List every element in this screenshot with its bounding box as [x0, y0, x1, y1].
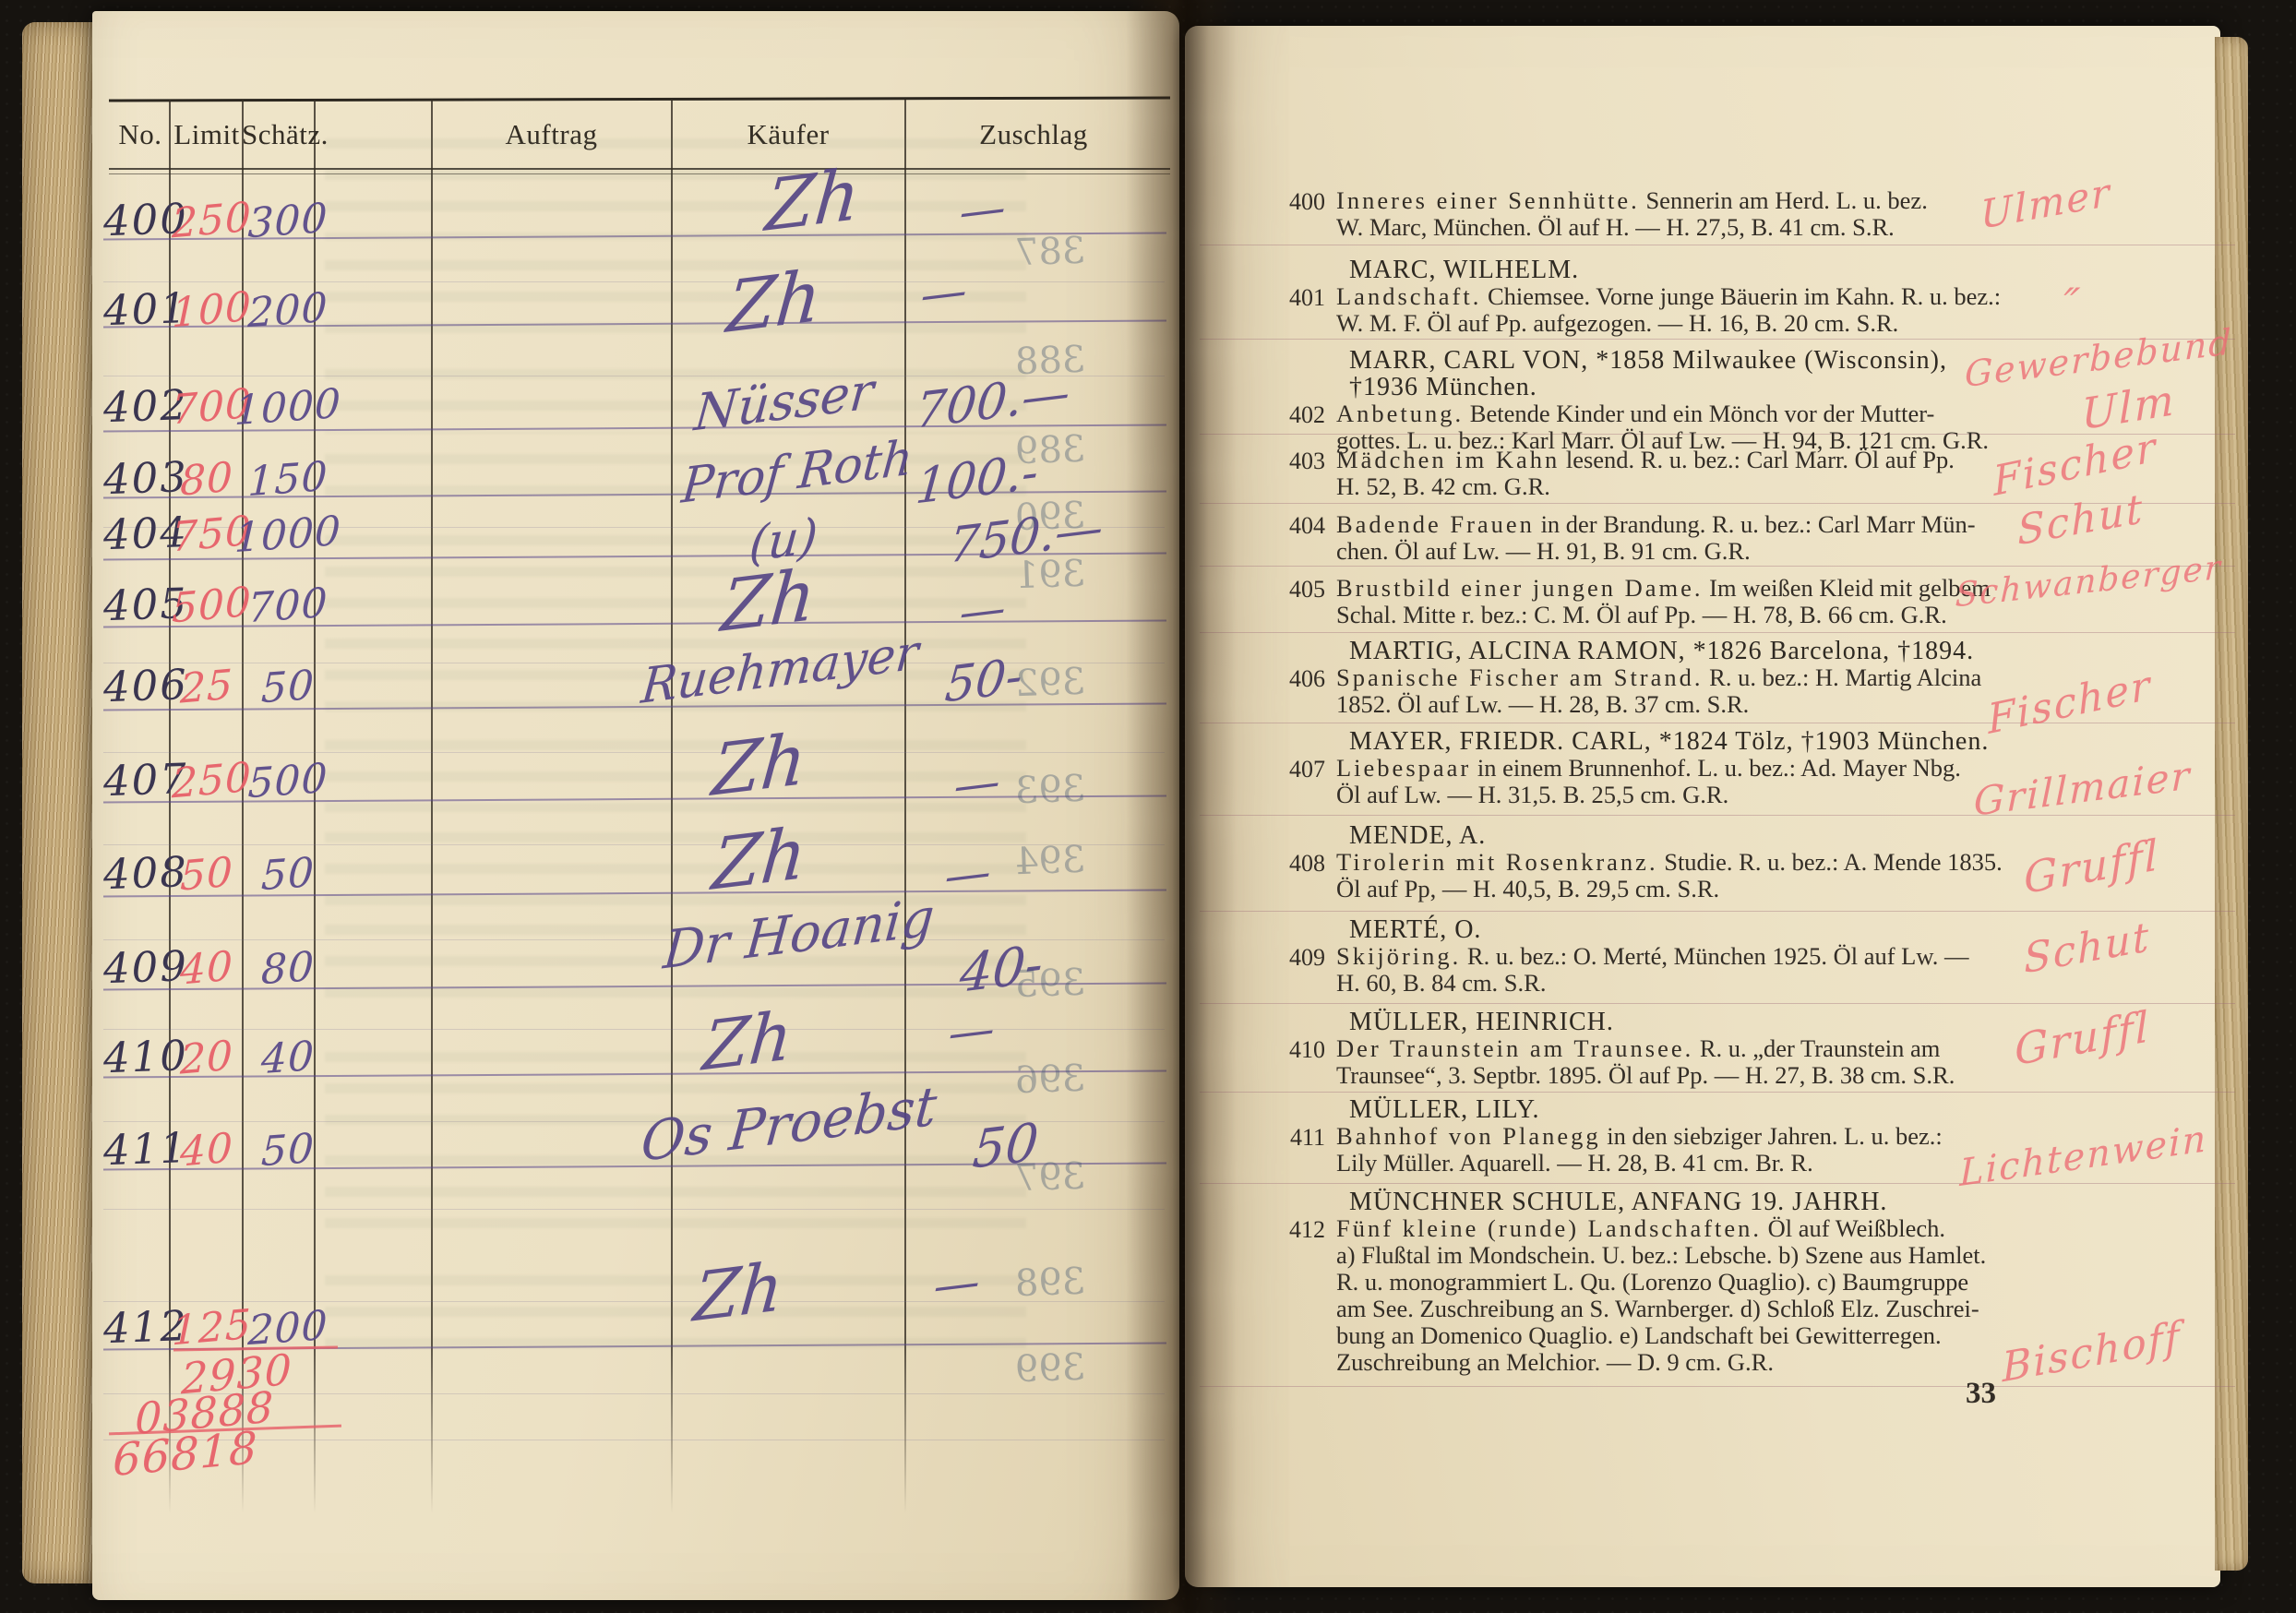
book-page-stack-edge: [22, 22, 103, 1583]
bleedthrough-text: [325, 1275, 1026, 1356]
entry-line: Öl auf Lw. — H. 31,5. B. 25,5 cm. G.R.: [1336, 782, 2012, 808]
entry-line: Lily Müller. Aquarell. — H. 28, B. 41 cm…: [1336, 1150, 2012, 1177]
catalog-entry: MARC, WILHELM.401Landschaft. Chiemsee. V…: [1274, 257, 2012, 337]
lot-number-value: 408: [102, 848, 169, 899]
schaetz-value: 50: [232, 847, 343, 902]
artist-heading: MÜNCHNER SCHULE, ANFANG 19. JAHRH.: [1349, 1189, 2012, 1215]
artist-heading: MARC, WILHELM.: [1349, 257, 2012, 283]
entry-line: 1852. Öl auf Lw. — H. 28, B. 37 cm. S.R.: [1336, 691, 2012, 718]
entry-title: Landschaft.: [1336, 282, 1481, 310]
catalog-entry: MÜLLER, LILY.411Bahnhof von Planegg in d…: [1274, 1096, 2012, 1177]
entry-lot-number: 410: [1274, 1036, 1325, 1064]
column-header-schtz: Schätz.: [242, 118, 317, 157]
bleedthrough-text: [325, 740, 1026, 812]
entry-separator-rule: [1200, 245, 2235, 245]
entry-title: Inneres einer Sennhütte.: [1336, 186, 1640, 214]
entry-body: 407Liebespaar in einem Brunnenhof. L. u.…: [1336, 755, 2012, 808]
entry-lot-number: 401: [1274, 284, 1325, 312]
entry-lot-number: 406: [1274, 665, 1325, 693]
lot-number-value: 402: [102, 381, 169, 432]
lot-number-value: 400: [102, 195, 169, 245]
entry-lot-number: 411: [1274, 1124, 1325, 1152]
entry-title: Fünf kleine (runde) Landschaften.: [1336, 1214, 1762, 1242]
entry-lot-number: 400: [1274, 188, 1325, 216]
catalog-entry: MENDE, A.408Tirolerin mit Rosenkranz. St…: [1274, 822, 2012, 902]
lot-number-value: 410: [102, 1032, 169, 1082]
bleedthrough-number: 389: [1014, 428, 1086, 473]
entry-line: H. 60, B. 84 cm. S.R.: [1336, 970, 2012, 997]
artist-heading: MÜLLER, LILY.: [1349, 1096, 2012, 1123]
bleedthrough-number: 399: [1014, 1346, 1086, 1392]
kaeufer-value: Zh: [691, 1247, 786, 1336]
entry-line: Brustbild einer jungen Dame. Im weißen K…: [1336, 575, 2012, 602]
entry-line: Landschaft. Chiemsee. Vorne junge Bäueri…: [1336, 283, 2012, 310]
artist-heading: MAYER, FRIEDR. CARL, *1824 Tölz, †1903 M…: [1349, 728, 2012, 755]
entry-lot-number: 408: [1274, 850, 1325, 878]
kaeufer-value: Zh: [709, 811, 809, 906]
catalog-entry: MARR, CARL VON, *1858 Milwaukee (Wiscons…: [1274, 347, 2012, 454]
lot-number-value: 406: [102, 661, 169, 711]
kaeufer-value: Zh: [700, 996, 795, 1085]
entry-separator-rule: [1200, 815, 2235, 816]
entry-body: 403Mädchen im Kahn lesend. R. u. bez.: C…: [1336, 447, 2012, 500]
bleedthrough-number: 393: [1014, 768, 1086, 813]
entry-title: Brustbild einer jungen Dame.: [1336, 574, 1704, 602]
entry-line: W. M. F. Öl auf Pp. aufgezogen. — H. 16,…: [1336, 310, 2012, 337]
catalog-entry: MÜLLER, HEINRICH.410Der Traunstein am Tr…: [1274, 1009, 2012, 1089]
catalog-entry: 400Inneres einer Sennhütte. Sennerin am …: [1274, 187, 2012, 241]
schaetz-value: 500: [232, 754, 343, 809]
entry-lot-number: 403: [1274, 448, 1325, 475]
entry-line: chen. Öl auf Lw. — H. 91, B. 91 cm. G.R.: [1336, 538, 2012, 565]
entry-line: Öl auf Pp, — H. 40,5, B. 29,5 cm. S.R.: [1336, 876, 2012, 902]
faint-ruling-line: [103, 1440, 1165, 1440]
entry-title: Der Traunstein am Traunsee.: [1336, 1034, 1693, 1062]
entry-line: Traunsee“, 3. Septbr. 1895. Öl auf Pp. —…: [1336, 1062, 2012, 1089]
catalog-entry: MÜNCHNER SCHULE, ANFANG 19. JAHRH.412Fün…: [1274, 1189, 2012, 1376]
entry-line: Spanische Fischer am Strand. R. u. bez.:…: [1336, 664, 2012, 691]
catalog-entry: MERTÉ, O.409Skijöring. R. u. bez.: O. Me…: [1274, 916, 2012, 997]
entry-separator-rule: [1200, 1183, 2235, 1184]
zuschlag-value: —: [958, 179, 1009, 239]
entry-line: Zuschreibung an Melchior. — D. 9 cm. G.R…: [1336, 1349, 2012, 1376]
entry-separator-rule: [1200, 911, 2235, 912]
entry-lot-number: 405: [1274, 576, 1325, 603]
kaeufer-value: Zh: [718, 553, 819, 648]
schaetz-value: 80: [232, 941, 343, 997]
entry-line: Mädchen im Kahn lesend. R. u. bez.: Carl…: [1336, 447, 2012, 473]
schaetz-value: 40: [232, 1031, 343, 1086]
kaeufer-value: Zh: [723, 254, 824, 349]
schaetz-value: 200: [232, 283, 343, 339]
entry-line: Liebespaar in einem Brunnenhof. L. u. be…: [1336, 755, 2012, 782]
bleedthrough-number: 394: [1014, 839, 1086, 884]
bleedthrough-number: 391: [1014, 553, 1086, 598]
column-header-no: No.: [111, 118, 170, 157]
catalog-entry: 405Brustbild einer jungen Dame. Im weiße…: [1274, 575, 2012, 628]
entry-body: 410Der Traunstein am Traunsee. R. u. „de…: [1336, 1035, 2012, 1089]
entry-body: 400Inneres einer Sennhütte. Sennerin am …: [1336, 187, 2012, 241]
faint-ruling-line: [103, 1029, 1165, 1030]
artist-heading: MARTIG, ALCINA RAMON, *1826 Barcelona, †…: [1349, 638, 2012, 664]
lot-number-value: 412: [102, 1302, 169, 1353]
artist-heading: MENDE, A.: [1349, 822, 2012, 849]
schaetz-value: 700: [232, 579, 343, 634]
entry-title: Mädchen im Kahn: [1336, 446, 1560, 473]
entry-separator-rule: [1200, 1386, 2235, 1387]
entry-title: Anbetung.: [1336, 400, 1464, 427]
bleedthrough-number: 388: [1014, 339, 1086, 384]
entry-body: 408Tirolerin mit Rosenkranz. Studie. R. …: [1336, 849, 2012, 902]
entry-separator-rule: [1200, 1092, 2235, 1093]
entry-lot-number: 409: [1274, 944, 1325, 972]
entry-body: 401Landschaft. Chiemsee. Vorne junge Bäu…: [1336, 283, 2012, 337]
schaetz-value: 150: [232, 452, 343, 508]
entry-body: 405Brustbild einer jungen Dame. Im weiße…: [1336, 575, 2012, 628]
lot-number-value: 404: [102, 508, 169, 559]
page-number: 33: [1966, 1377, 2039, 1411]
entry-line: Badende Frauen in der Brandung. R. u. be…: [1336, 511, 2012, 538]
zuschlag-value: —: [943, 843, 994, 903]
entry-line: Schal. Mitte r. bez.: C. M. Öl auf Pp. —…: [1336, 602, 2012, 628]
bleedthrough-number: 390: [1014, 495, 1086, 540]
artist-heading: MARR, CARL VON, *1858 Milwaukee (Wiscons…: [1349, 347, 2012, 400]
scanned-auction-catalog: No.LimitSchätz.AuftragKäuferZuschlag4002…: [0, 0, 2296, 1613]
entry-body: 412Fünf kleine (runde) Landschaften. Öl …: [1336, 1215, 2012, 1376]
artist-heading: MÜLLER, HEINRICH.: [1349, 1009, 2012, 1035]
lot-number-value: 409: [102, 942, 169, 993]
schaetz-value: 50: [232, 1123, 343, 1178]
bleedthrough-text: [325, 535, 1026, 609]
artist-heading: MERTÉ, O.: [1349, 916, 2012, 943]
page-deckle-edge: [2215, 37, 2248, 1571]
entry-line: R. u. monogrammiert L. Qu. (Lorenzo Quag…: [1336, 1269, 2012, 1296]
entry-body: 411Bahnhof von Planegg in den siebziger …: [1336, 1123, 2012, 1177]
entry-separator-rule: [1200, 632, 2235, 633]
lot-number-value: 407: [102, 755, 169, 806]
entry-line: Der Traunstein am Traunsee. R. u. „der T…: [1336, 1035, 2012, 1062]
lot-number-value: 403: [102, 453, 169, 504]
zuschlag-value: —: [947, 1000, 998, 1060]
entry-line: Bahnhof von Planegg in den siebziger Jah…: [1336, 1123, 2012, 1150]
entry-lot-number: 407: [1274, 756, 1325, 783]
zuschlag-value: —: [919, 262, 970, 322]
column-header-limit: Limit: [172, 118, 242, 157]
entry-lot-number: 412: [1274, 1216, 1325, 1244]
catalog-entry: MAYER, FRIEDR. CARL, *1824 Tölz, †1903 M…: [1274, 728, 2012, 808]
entry-body: 404Badende Frauen in der Brandung. R. u.…: [1336, 511, 2012, 565]
entry-body: 406Spanische Fischer am Strand. R. u. be…: [1336, 664, 2012, 718]
kaeufer-value: Zh: [709, 717, 809, 812]
bleedthrough-number: 392: [1014, 661, 1086, 706]
lot-number-value: 405: [102, 579, 169, 630]
entry-lot-number: 404: [1274, 512, 1325, 540]
zuschlag-value: —: [958, 579, 1009, 639]
entry-line: Inneres einer Sennhütte. Sennerin am Her…: [1336, 187, 2012, 214]
entry-line: Anbetung. Betende Kinder und ein Mönch v…: [1336, 400, 2012, 427]
entry-title: Bahnhof von Planegg: [1336, 1122, 1601, 1150]
entry-line: a) Flußtal im Mondschein. U. bez.: Lebsc…: [1336, 1242, 2012, 1269]
entry-title: Spanische Fischer am Strand.: [1336, 663, 1704, 691]
kaeufer-value: Zh: [762, 152, 863, 247]
catalog-entry: MARTIG, ALCINA RAMON, *1826 Barcelona, †…: [1274, 638, 2012, 718]
catalog-entry: 404Badende Frauen in der Brandung. R. u.…: [1274, 511, 2012, 565]
catalog-entry: 403Mädchen im Kahn lesend. R. u. bez.: C…: [1274, 447, 2012, 500]
lot-number-value: 411: [102, 1124, 169, 1175]
entry-separator-rule: [1200, 1003, 2235, 1004]
entry-line: Tirolerin mit Rosenkranz. Studie. R. u. …: [1336, 849, 2012, 876]
zuschlag-value: —: [932, 1253, 983, 1313]
entry-body: 409Skijöring. R. u. bez.: O. Merté, Münc…: [1336, 943, 2012, 997]
bleedthrough-number: 396: [1014, 1057, 1086, 1103]
zuschlag-value: 50-: [943, 648, 1024, 713]
schaetz-value: 50: [232, 660, 343, 715]
bleedthrough-number: 395: [1014, 962, 1086, 1007]
entry-line: am See. Zuschreibung an S. Warnberger. d…: [1336, 1296, 2012, 1322]
entry-title: Liebespaar: [1336, 754, 1471, 782]
entry-line: H. 52, B. 42 cm. G.R.: [1336, 473, 2012, 500]
bleedthrough-number: 397: [1014, 1155, 1086, 1201]
entry-line: Fünf kleine (runde) Landschaften. Öl auf…: [1336, 1215, 2012, 1242]
entry-lot-number: 402: [1274, 401, 1325, 429]
entry-title: Badende Frauen: [1336, 510, 1535, 538]
zuschlag-value: —: [952, 753, 1003, 813]
lot-number-value: 401: [102, 284, 169, 335]
bleedthrough-text: [325, 138, 1026, 240]
entry-line: Skijöring. R. u. bez.: O. Merté, München…: [1336, 943, 2012, 970]
schaetz-value: 1000: [232, 380, 343, 436]
bleedthrough-number: 387: [1014, 230, 1086, 275]
entry-title: Skijöring.: [1336, 942, 1461, 970]
entry-line: bung an Domenico Quaglio. e) Landschaft …: [1336, 1322, 2012, 1349]
schaetz-value: 1000: [232, 508, 343, 563]
schaetz-value: 300: [232, 194, 343, 249]
entry-line: W. Marc, München. Öl auf H. — H. 27,5, B…: [1336, 214, 2012, 241]
entry-title: Tirolerin mit Rosenkranz.: [1336, 848, 1658, 876]
bleedthrough-number: 398: [1014, 1261, 1086, 1306]
